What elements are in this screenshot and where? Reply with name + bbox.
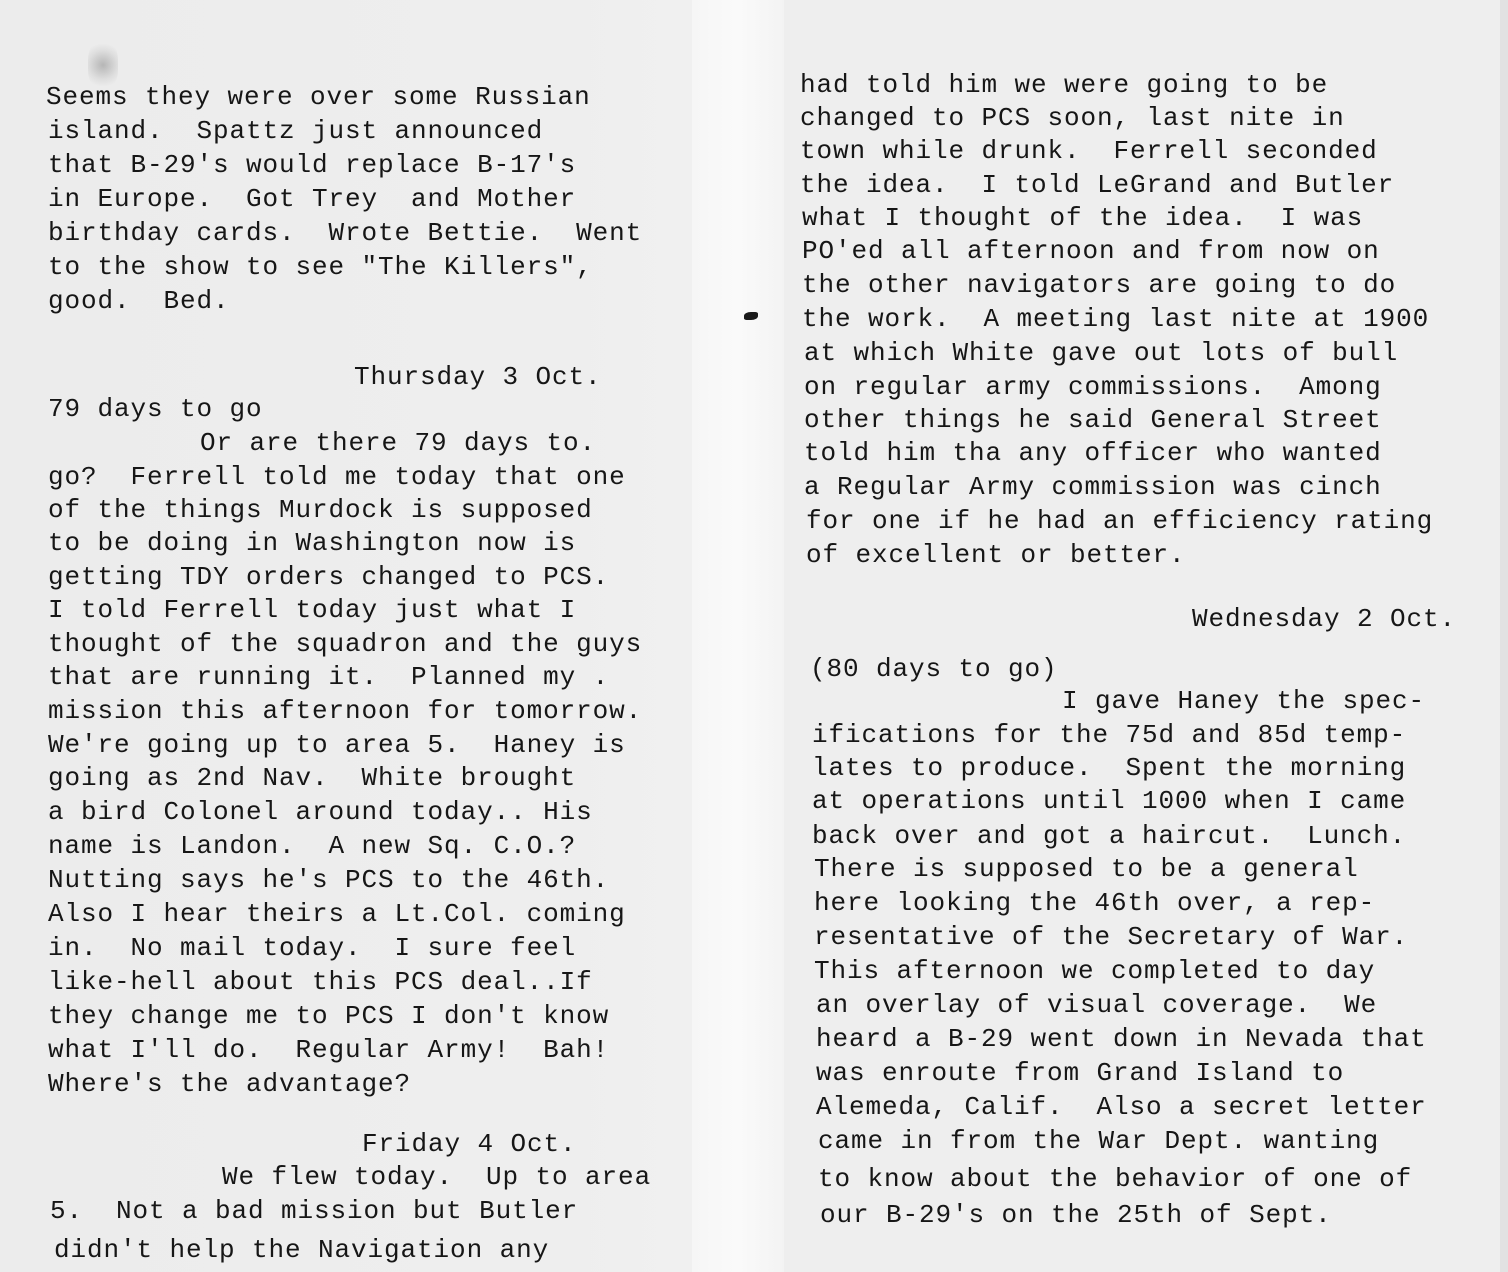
- text-line: thought of the squadron and the guys: [48, 629, 642, 659]
- text-line: Alemeda, Calif. Also a secret letter: [816, 1092, 1427, 1122]
- text-line: other things he said General Street: [804, 405, 1382, 435]
- days-to-go: 79 days to go: [48, 394, 263, 424]
- text-line: birthday cards. Wrote Bettie. Went: [48, 218, 642, 248]
- text-line: our B-29's on the 25th of Sept.: [820, 1200, 1332, 1230]
- text-line: came in from the War Dept. wanting: [818, 1126, 1379, 1156]
- entry-date: Friday 4 Oct.: [362, 1129, 577, 1159]
- text-line: good. Bed.: [48, 286, 230, 316]
- days-to-go: (80 days to go): [810, 654, 1058, 684]
- text-line: I gave Haney the spec-: [1062, 686, 1425, 716]
- text-line: go? Ferrell told me today that one: [48, 462, 626, 492]
- text-line: town while drunk. Ferrell seconded: [800, 136, 1378, 166]
- text-line: We flew today. Up to area: [222, 1162, 651, 1192]
- text-line: an overlay of visual coverage. We: [816, 990, 1377, 1020]
- text-line: had told him we were going to be: [800, 70, 1328, 100]
- text-line: Nutting says he's PCS to the 46th.: [48, 865, 609, 895]
- text-line: in Europe. Got Trey and Mother: [48, 184, 576, 214]
- text-line: to know about the behavior of one of: [818, 1164, 1412, 1194]
- text-line: Seems they were over some Russian: [46, 82, 591, 112]
- text-line: to the show to see "The Killers",: [48, 252, 593, 282]
- text-line: the idea. I told LeGrand and Butler: [800, 170, 1394, 200]
- page-gutter: [692, 0, 784, 1272]
- text-line: what I thought of the idea. I was: [802, 203, 1363, 233]
- text-line: like-hell about this PCS deal..If: [48, 967, 593, 997]
- text-line: a bird Colonel around today.. His: [48, 797, 593, 827]
- text-line: in. No mail today. I sure feel: [48, 933, 576, 963]
- text-line: I told Ferrell today just what I: [48, 595, 576, 625]
- text-line: the work. A meeting last nite at 1900: [802, 304, 1429, 334]
- text-line: Where's the advantage?: [48, 1069, 411, 1099]
- text-line: to be doing in Washington now is: [48, 528, 576, 558]
- text-line: There is supposed to be a general: [814, 854, 1359, 884]
- text-line: didn't help the Navigation any: [54, 1235, 549, 1265]
- text-line: what I'll do. Regular Army! Bah!: [48, 1035, 609, 1065]
- text-line: they change me to PCS I don't know: [48, 1001, 609, 1031]
- text-line: Also I hear theirs a Lt.Col. coming: [48, 899, 626, 929]
- text-line: on regular army commissions. Among: [804, 372, 1382, 402]
- text-line: was enroute from Grand Island to: [816, 1058, 1344, 1088]
- text-line: ifications for the 75d and 85d temp-: [812, 720, 1406, 750]
- page-edge-shadow: [1500, 0, 1508, 1272]
- text-line: told him tha any officer who wanted: [804, 438, 1382, 468]
- text-line: changed to PCS soon, last nite in: [800, 103, 1345, 133]
- text-line: of excellent or better.: [806, 540, 1186, 570]
- text-line: lates to produce. Spent the morning: [812, 753, 1406, 783]
- text-line: of the things Murdock is supposed: [48, 495, 593, 525]
- text-line: This afternoon we completed to day: [814, 956, 1375, 986]
- text-line: going as 2nd Nav. White brought: [48, 763, 576, 793]
- text-line: at operations until 1000 when I came: [812, 786, 1406, 816]
- text-line: a Regular Army commission was cinch: [804, 472, 1382, 502]
- text-line: at which White gave out lots of bull: [804, 338, 1398, 368]
- text-line: PO'ed all afternoon and from now on: [802, 236, 1380, 266]
- ink-mark: [744, 312, 758, 320]
- text-line: that B-29's would replace B-17's: [48, 150, 576, 180]
- entry-date: Thursday 3 Oct.: [354, 362, 602, 392]
- text-line: resentative of the Secretary of War.: [814, 922, 1408, 952]
- text-line: name is Landon. A new Sq. C.O.?: [48, 831, 576, 861]
- text-line: here looking the 46th over, a rep-: [814, 888, 1375, 918]
- text-line: We're going up to area 5. Haney is: [48, 730, 626, 760]
- entry-date: Wednesday 2 Oct.: [1192, 604, 1456, 634]
- text-line: that are running it. Planned my .: [48, 662, 609, 692]
- text-line: getting TDY orders changed to PCS.: [48, 562, 609, 592]
- text-line: Or are there 79 days to.: [200, 428, 596, 458]
- text-line: island. Spattz just announced: [48, 116, 543, 146]
- text-line: the other navigators are going to do: [802, 270, 1396, 300]
- text-line: back over and got a haircut. Lunch.: [812, 821, 1406, 851]
- text-line: mission this afternoon for tomorrow.: [48, 696, 642, 726]
- text-line: for one if he had an efficiency rating: [806, 506, 1433, 536]
- text-line: 5. Not a bad mission but Butler: [50, 1196, 578, 1226]
- text-line: heard a B-29 went down in Nevada that: [816, 1024, 1427, 1054]
